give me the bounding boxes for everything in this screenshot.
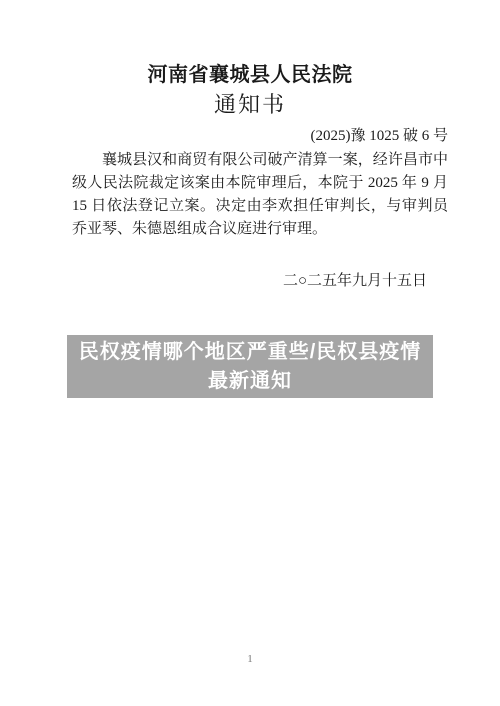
court-name-heading: 河南省襄城县人民法院 [0,0,500,89]
document-content: (2025)豫 1025 破 6 号 襄城县汉和商贸有限公司破产清算一案，经许昌… [0,118,500,291]
case-number: (2025)豫 1025 破 6 号 [72,118,448,146]
ad-banner[interactable]: 民权疫情哪个地区严重些/民权县疫情最新通知 [67,335,433,398]
body-paragraph: 襄城县汉和商贸有限公司破产清算一案，经许昌市中级人民法院裁定该案由本院审理后，本… [72,146,448,241]
document-type-title: 通知书 [0,89,500,118]
document-date: 二○二五年九月十五日 [72,241,448,291]
page-number: 1 [0,653,500,665]
document-page: 河南省襄城县人民法院 通知书 (2025)豫 1025 破 6 号 襄城县汉和商… [0,0,500,706]
ad-banner-text: 民权疫情哪个地区严重些/民权县疫情最新通知 [75,338,425,396]
